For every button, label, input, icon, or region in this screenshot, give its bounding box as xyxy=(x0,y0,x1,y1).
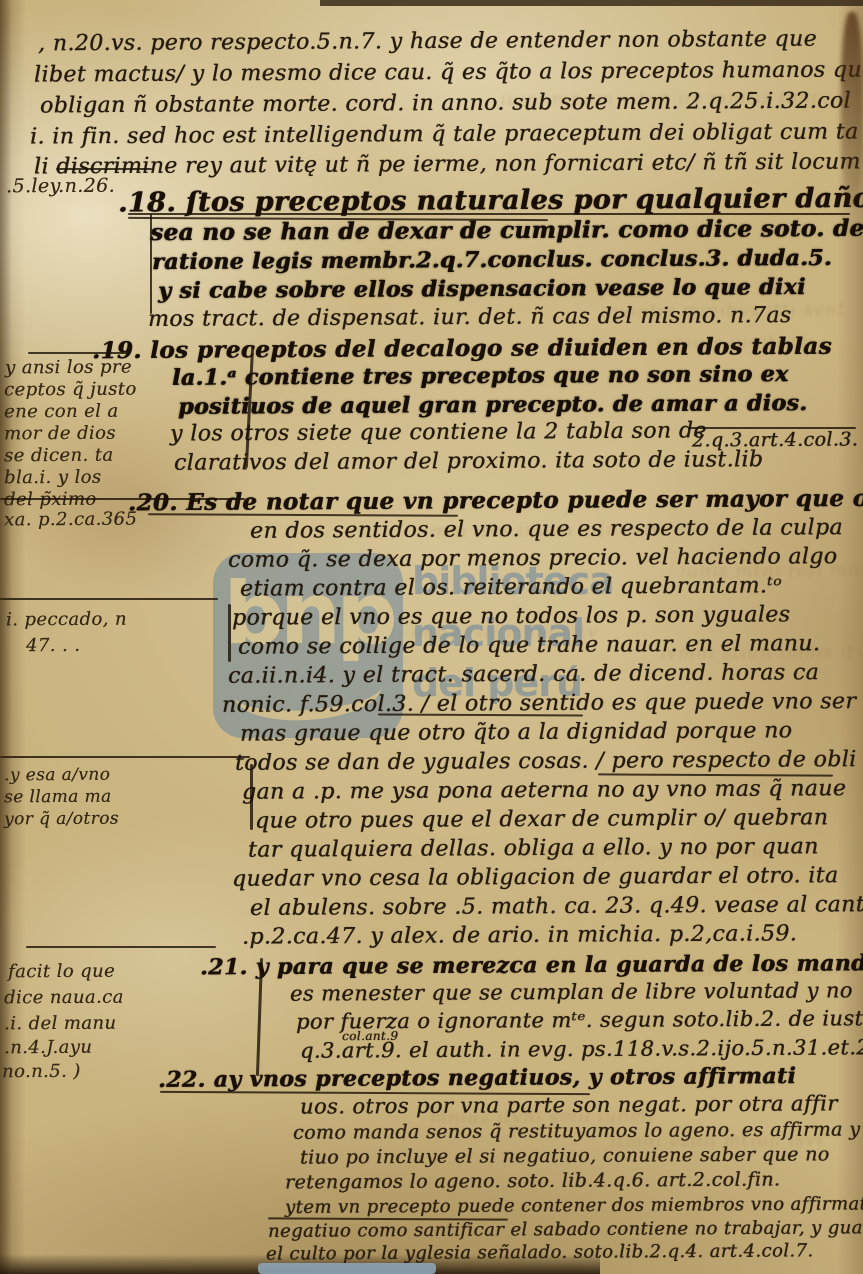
manuscript-text-line: todos se dan de yguales cosas. / pero re… xyxy=(235,748,857,776)
manuscript-text-line: tiuo po incluye el si negatiuo, conuiene… xyxy=(300,1144,830,1168)
manuscript-text-line: que otro pues que el dexar de cumplir o/… xyxy=(255,806,828,834)
margin-note-line: se dicen. ta xyxy=(4,446,114,466)
manuscript-text-line: ca.ii.n.i4. y el tract. sacerd. ca. de d… xyxy=(228,661,819,689)
manuscript-text-line: en dos sentidos. el vno. que es respecto… xyxy=(250,516,843,544)
manuscript-text-line: y si cabe sobre ellos dispensacion vease… xyxy=(158,275,806,303)
margin-note-line: se llama ma xyxy=(4,788,112,807)
manuscript-text-line: positiuos de aquel gran precepto. de ama… xyxy=(178,391,807,419)
manuscript-text-line: y los otros siete que contiene la 2 tabl… xyxy=(170,419,707,446)
margin-note-line: yor q̃ a/otros xyxy=(4,810,119,829)
manuscript-text-line: la.1.ᵃ contiene tres preceptos que no so… xyxy=(172,362,789,390)
margin-note-line: i. peccado, n xyxy=(6,610,127,631)
manuscript-text-line: q.3.art.9. el auth. in evg. ps.118.v.s.2… xyxy=(300,1036,863,1063)
ink-stroke xyxy=(148,513,458,517)
margin-note-line: .y esa a/vno xyxy=(4,766,110,785)
manuscript-text-line: .20. Es de notar que vn precepto puede s… xyxy=(128,486,863,516)
manuscript-text-line: i. in fin. sed hoc est intelligendum q̃ … xyxy=(30,120,859,149)
manuscript-text-line: retengamos lo ageno. soto. lib.4.q.6. ar… xyxy=(285,1169,780,1193)
manuscript-text-line: ytem vn precepto puede contener dos miem… xyxy=(285,1194,863,1218)
ink-stroke xyxy=(250,764,253,830)
manuscript-text-line: li discrimine rey aut vitę ut ñ pe ierme… xyxy=(34,150,861,179)
ink-stroke xyxy=(688,427,856,429)
manuscript-text-line: mas graue que otro q̃to a la dignidad po… xyxy=(240,719,792,747)
manuscript-text-line: como q̃. se dexa por menos precio. vel h… xyxy=(228,545,838,573)
manuscript-text-line: uos. otros por vna parte son negat. por … xyxy=(300,1092,838,1118)
manuscript-text-line: mos tract. de dispensat. iur. det. ñ cas… xyxy=(148,304,792,332)
manuscript-text-line: porque el vno es que no todos los p. son… xyxy=(232,603,790,631)
ink-stroke xyxy=(28,352,130,354)
ink-stroke xyxy=(26,946,216,948)
manuscript-text-line: obligan ñ obstante morte. cord. in anno.… xyxy=(40,90,851,119)
ink-stroke xyxy=(0,598,218,600)
manuscript-text-line: gan a .p. me ysa pona aeterna no ay vno … xyxy=(242,777,846,805)
manuscript-text-line: como manda senos q̃ restituyamos lo agen… xyxy=(293,1119,863,1144)
manuscript-text-line: .22. ay vnos preceptos negatiuos, y otro… xyxy=(158,1064,796,1092)
manuscript-text-line: libet mactus/ y lo mesmo dice cau. q̃ es… xyxy=(34,58,863,87)
manuscript-text-line: es menester que se cumplan de libre volu… xyxy=(290,979,853,1006)
margin-note-line: bla.i. y los xyxy=(4,468,102,488)
margin-note-line: .5.ley.n.26. xyxy=(6,176,115,198)
manuscript-text-line: tar qualquiera dellas. obliga a ello. y … xyxy=(248,835,819,863)
manuscript-text-line: quedar vno cesa la obligacion de guardar… xyxy=(232,864,839,892)
margin-note-line: .n.4.J.ayu xyxy=(4,1038,92,1058)
margin-note-line: facit lo que xyxy=(8,962,115,982)
margin-note-line: y ansi los pre xyxy=(5,358,132,379)
margin-note-line: 47. . . xyxy=(26,636,80,656)
manuscript-text-line: negatiuo como santificar el sabado conti… xyxy=(268,1218,863,1242)
ink-stroke xyxy=(0,756,250,758)
bottom-edge-blue-object xyxy=(258,1263,436,1274)
manuscript-text-line: ratione legis membr.2.q.7.conclus. concl… xyxy=(152,246,832,274)
ink-stroke xyxy=(150,214,152,314)
manuscript-text-line: .19. los preceptos del decalogo se diuid… xyxy=(92,334,832,364)
ink-stroke xyxy=(128,213,850,215)
manuscript-text-line: etiam contra el os. reiterando el quebra… xyxy=(240,574,782,601)
manuscript-text-line: .21. y para que se merezca en la guarda … xyxy=(200,951,863,980)
manuscript-page: ıuını mnıım sıtun ııv mnıtıs ıunımnıus ı… xyxy=(0,0,863,1274)
manuscript-text-line: el culto por la yglesia señalado. soto.l… xyxy=(266,1241,814,1264)
margin-note-line: .i. del manu xyxy=(4,1014,116,1034)
ink-stroke xyxy=(0,498,245,500)
ink-stroke xyxy=(228,604,231,662)
page-edge-top-shadow xyxy=(320,0,863,6)
margin-note-line: ceptos q̃ justo xyxy=(4,380,137,401)
margin-note-line: no.n.5. ) xyxy=(2,1062,81,1082)
manuscript-text-line: el abulens. sobre .5. math. ca. 23. q.49… xyxy=(250,893,863,921)
margin-note-line: dice naua.ca xyxy=(4,988,124,1009)
margin-note-line: xa. p.2.ca.365 xyxy=(4,510,137,531)
margin-note-line: mor de dios xyxy=(4,424,116,444)
manuscript-text-line: clarativos del amor del proximo. ita sot… xyxy=(174,448,763,476)
manuscript-text-line: como se collige de lo que trahe nauar. e… xyxy=(238,632,820,660)
manuscript-text-line: , n.20.vs. pero respecto.5.n.7. y hase d… xyxy=(38,28,817,57)
margin-note-line: ene con el a xyxy=(4,402,119,422)
manuscript-text-line: .p.2.ca.47. y alex. de ario. in michia. … xyxy=(242,922,797,950)
ink-stroke xyxy=(56,168,152,170)
